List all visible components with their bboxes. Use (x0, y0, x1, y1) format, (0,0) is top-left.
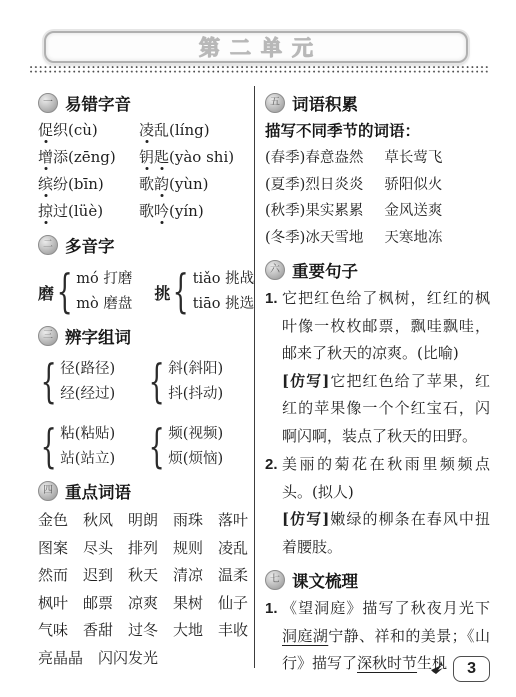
section-number-icon: 六 (265, 260, 285, 280)
word: 规则 (173, 535, 203, 563)
season-word-second: 骄阳似火 (384, 172, 442, 199)
pair-lines: 粘(粘贴)站(站立) (60, 422, 115, 472)
pinyin-item: 缤纷(bīn) (38, 172, 139, 199)
perforation-dotted-divider (30, 66, 490, 75)
season-label: (秋季) (265, 203, 305, 219)
character-pair-group: {径(路径)经(经过) (38, 357, 146, 407)
polyphone-options: tiǎo 挑战tiāo 挑选 (193, 267, 254, 317)
season-words-subtitle: 描写不同季节的词语： (265, 118, 490, 145)
character-pair-list: {径(路径)经(经过){斜(斜阳)抖(抖动){粘(粘贴)站(站立){频(视频)烦… (38, 357, 253, 472)
pinyin-rest: 乱(líng) (154, 121, 210, 139)
imitation-line: [仿写]嫩绿的柳条在春风中扭着腰肢。 (282, 506, 490, 561)
page-number-box: 3 (453, 656, 490, 682)
section-title: 辨字组词 (65, 324, 131, 348)
character-pair-group: {频(视频)烦(烦恼) (146, 422, 253, 472)
emphasized-char: 吟 (154, 203, 169, 220)
pinyin-rest: 过(lüè) (53, 202, 103, 220)
word: 金色 (38, 507, 68, 535)
section-number-icon: 五 (265, 93, 285, 113)
unit-banner-title: 第二单元 (189, 32, 323, 62)
pinyin-prefix: 歌 (139, 202, 154, 220)
pinyin-rest: 织(cù) (53, 121, 98, 139)
season-word-rows: (春季)春意盎然草长莺飞(夏季)烈日炎炎骄阳似火(秋季)果实累累金风送爽(冬季)… (265, 145, 490, 251)
season-word-first: (冬季)冰天雪地 (265, 225, 363, 252)
section-header: 五 词语积累 (265, 91, 490, 115)
season-label: (春季) (265, 150, 305, 166)
polyphone-options: mó 打磨mò 磨盘 (76, 267, 132, 317)
left-column: 一 易错字音 促织(cù)凌乱(líng)增添(zēng)钥匙(yào shi)… (38, 84, 253, 670)
brace-glyph: { (173, 271, 189, 312)
pinyin-item: 掠过(lüè) (38, 199, 139, 226)
season-word-first: (秋季)果实累累 (265, 198, 363, 225)
season-word-first: (春季)春意盎然 (265, 145, 363, 172)
section-distinguish-characters: 三 辨字组词 {径(路径)经(经过){斜(斜阳)抖(抖动){粘(粘贴)站(站立)… (38, 324, 253, 472)
pinyin-rest: (yín) (169, 202, 204, 220)
section-number-icon: 七 (265, 570, 285, 590)
word: 尽头 (83, 535, 113, 563)
pinyin-item: 增添(zēng) (38, 145, 139, 172)
emphasized-char: 促 (38, 122, 53, 139)
section-title: 重要句子 (292, 258, 358, 282)
imitation-label: [仿写] (282, 372, 329, 390)
polyphone-entry: 磨{mó 打磨mò 磨盘 (38, 267, 132, 317)
word: 凉爽 (128, 590, 158, 618)
sentence-item-list: 1.它把红色给了枫树，红红的枫叶像一枚枚邮票，飘哇飘哇，邮来了秋天的凉爽。(比喻… (265, 285, 490, 561)
word: 图案 (38, 535, 68, 563)
season-word: 春意盎然 (305, 150, 363, 166)
season-word-row: (夏季)烈日炎炎骄阳似火 (265, 172, 490, 199)
word: 温柔 (218, 562, 248, 590)
pinyin-rest: 纷(bīn) (53, 175, 104, 193)
page-content: 一 易错字音 促织(cù)凌乱(líng)增添(zēng)钥匙(yào shi)… (38, 84, 490, 670)
pair-line: 斜(斜阳) (168, 357, 223, 382)
section-polyphonic-characters: 二 多音字 磨{mó 打磨mò 磨盘挑{tiǎo 挑战tiāo 挑选 (38, 233, 253, 317)
imitation-label: [仿写] (282, 510, 329, 528)
polyphone-option: tiǎo 挑战 (193, 267, 254, 292)
page-number: 3 (467, 660, 476, 678)
season-word-second: 天寒地冻 (384, 225, 442, 252)
word-row: 然而迟到秋天清凉温柔 (38, 562, 248, 590)
word: 果树 (173, 590, 203, 618)
emphasized-char: 缤 (38, 176, 53, 193)
emphasized-char: 掠 (38, 203, 53, 220)
word: 雨珠 (173, 507, 203, 535)
section-title: 词语积累 (292, 91, 358, 115)
unit-banner: 第二单元 (44, 31, 468, 63)
imitation-line: [仿写]它把红色给了苹果，红红的苹果像一个个红宝石，闪啊闪啊，装点了秋天的田野。 (282, 368, 490, 451)
word: 大地 (173, 617, 203, 645)
pair-line: 烦(烦恼) (168, 447, 223, 472)
column-divider-line (254, 86, 255, 668)
section-easy-mispronounced-sounds: 一 易错字音 促织(cù)凌乱(líng)增添(zēng)钥匙(yào shi)… (38, 91, 253, 226)
word: 秋天 (128, 562, 158, 590)
pinyin-item: 促织(cù) (38, 118, 139, 145)
section-title: 易错字音 (65, 91, 131, 115)
word: 凌乱 (218, 535, 248, 563)
sentence-number: 1. (265, 285, 282, 450)
pinyin-item: 歌韵(yùn) (139, 172, 253, 199)
season-word: 冰天雪地 (305, 230, 363, 246)
emphasized-char: 凌 (139, 122, 154, 139)
pair-line: 频(视频) (168, 422, 223, 447)
brace-glyph: { (41, 426, 57, 467)
season-word-row: (冬季)冰天雪地天寒地冻 (265, 225, 490, 252)
pinyin-rest: (yùn) (169, 175, 209, 193)
season-word-row: (秋季)果实累累金风送爽 (265, 198, 490, 225)
season-word: 果实累累 (305, 203, 363, 219)
word: 闪闪发光 (98, 645, 158, 673)
word-row: 亮晶晶闪闪发光 (38, 645, 248, 673)
pinyin-item: 歌吟(yín) (139, 199, 253, 226)
word: 然而 (38, 562, 68, 590)
pinyin-rest: 添(zēng) (53, 148, 116, 166)
pair-lines: 径(路径)经(经过) (60, 357, 115, 407)
word: 丰收 (218, 617, 248, 645)
polyphone-character: 挑 (154, 281, 170, 304)
pair-line: 站(站立) (60, 447, 115, 472)
pair-line: 粘(粘贴) (60, 422, 115, 447)
section-title: 课文梳理 (292, 568, 358, 592)
season-word-second: 草长莺飞 (384, 145, 442, 172)
season-label: (夏季) (265, 177, 305, 193)
word: 过冬 (128, 617, 158, 645)
word-row: 气味香甜过冬大地丰收 (38, 617, 248, 645)
pinyin-rest: (yào shi) (169, 148, 234, 166)
polyphone-option: mó 打磨 (76, 267, 132, 292)
pinyin-item: 钥匙(yào shi) (139, 145, 253, 172)
word: 清凉 (173, 562, 203, 590)
pinyin-item-list: 促织(cù)凌乱(líng)增添(zēng)钥匙(yào shi)缤纷(bīn)… (38, 118, 253, 226)
season-word-second: 金风送爽 (384, 198, 442, 225)
section-number-icon: 二 (38, 235, 58, 255)
key-word-rows: 金色秋风明朗雨珠落叶图案尽头排列规则凌乱然而迟到秋天清凉温柔枫叶邮票凉爽果树仙子… (38, 507, 253, 672)
section-header: 三 辨字组词 (38, 324, 253, 348)
word-row: 金色秋风明朗雨珠落叶 (38, 507, 248, 535)
summary-number: 1. (265, 595, 282, 678)
section-header: 一 易错字音 (38, 91, 253, 115)
summary-underlined-text: 深秋时节 (357, 654, 417, 672)
sentence-body: 它把红色给了枫树，红红的枫叶像一枚枚邮票，飘哇飘哇，邮来了秋天的凉爽。(比喻)[… (282, 285, 490, 450)
brace-glyph: { (57, 271, 73, 312)
season-word-row: (春季)春意盎然草长莺飞 (265, 145, 490, 172)
sentence-text: 它把红色给了枫树，红红的枫叶像一枚枚邮票，飘哇飘哇，邮来了秋天的凉爽。(比喻) (282, 285, 490, 368)
word: 仙子 (218, 590, 248, 618)
word: 排列 (128, 535, 158, 563)
sentence-text: 美丽的菊花在秋雨里频频点头。(拟人) (282, 451, 490, 506)
word-row: 枫叶邮票凉爽果树仙子 (38, 590, 248, 618)
sentence-item: 1.它把红色给了枫树，红红的枫叶像一枚枚邮票，飘哇飘哇，邮来了秋天的凉爽。(比喻… (265, 285, 490, 450)
page-footer: 3 (430, 656, 490, 682)
character-pair-group: {粘(粘贴)站(站立) (38, 422, 146, 472)
section-title: 多音字 (65, 233, 115, 257)
pair-line: 径(路径) (60, 357, 115, 382)
section-key-words: 四 重点词语 金色秋风明朗雨珠落叶图案尽头排列规则凌乱然而迟到秋天清凉温柔枫叶邮… (38, 479, 253, 672)
sentence-number: 2. (265, 451, 282, 561)
pinyin-item: 凌乱(líng) (139, 118, 253, 145)
bird-icon (430, 660, 450, 678)
section-header: 六 重要句子 (265, 258, 490, 282)
sentence-body: 美丽的菊花在秋雨里频频点头。(拟人)[仿写]嫩绿的柳条在春风中扭着腰肢。 (282, 451, 490, 561)
emphasized-char: 韵 (154, 176, 169, 193)
emphasized-char: 匙 (154, 149, 169, 166)
polyphone-option: mò 磨盘 (76, 292, 132, 317)
section-important-sentences: 六 重要句子 1.它把红色给了枫树，红红的枫叶像一枚枚邮票，飘哇飘哇，邮来了秋天… (265, 258, 490, 561)
section-number-icon: 三 (38, 326, 58, 346)
section-header: 四 重点词语 (38, 479, 253, 503)
emphasized-char: 钥 (139, 149, 154, 166)
section-header: 二 多音字 (38, 233, 253, 257)
pair-lines: 频(视频)烦(烦恼) (168, 422, 223, 472)
word: 枫叶 (38, 590, 68, 618)
season-word: 烈日炎炎 (305, 177, 363, 193)
section-word-accumulation: 五 词语积累 描写不同季节的词语： (春季)春意盎然草长莺飞(夏季)烈日炎炎骄阳… (265, 91, 490, 251)
pair-line: 抖(抖动) (168, 382, 223, 407)
sentence-item: 2.美丽的菊花在秋雨里频频点头。(拟人)[仿写]嫩绿的柳条在春风中扭着腰肢。 (265, 451, 490, 561)
word: 落叶 (218, 507, 248, 535)
polyphone-option: tiāo 挑选 (193, 292, 254, 317)
season-word-first: (夏季)烈日炎炎 (265, 172, 363, 199)
pair-lines: 斜(斜阳)抖(抖动) (168, 357, 223, 407)
word: 香甜 (83, 617, 113, 645)
brace-glyph: { (149, 426, 165, 467)
section-number-icon: 四 (38, 481, 58, 501)
brace-glyph: { (41, 361, 57, 402)
polyphone-character: 磨 (38, 281, 54, 304)
season-label: (冬季) (265, 230, 305, 246)
word: 气味 (38, 617, 68, 645)
brace-glyph: { (149, 361, 165, 402)
word: 亮晶晶 (38, 645, 83, 673)
summary-text: 《望洞庭》描写了秋夜月光下 (282, 599, 490, 617)
section-header: 七 课文梳理 (265, 568, 490, 592)
emphasized-char: 增 (38, 149, 53, 166)
section-title: 重点词语 (65, 479, 131, 503)
pair-line: 经(经过) (60, 382, 115, 407)
word: 邮票 (83, 590, 113, 618)
summary-underlined-text: 洞庭湖 (282, 627, 328, 645)
word: 秋风 (83, 507, 113, 535)
polyphone-entry-list: 磨{mó 打磨mò 磨盘挑{tiǎo 挑战tiāo 挑选 (38, 267, 253, 317)
word-row: 图案尽头排列规则凌乱 (38, 535, 248, 563)
section-number-icon: 一 (38, 93, 58, 113)
word: 迟到 (83, 562, 113, 590)
character-pair-group: {斜(斜阳)抖(抖动) (146, 357, 253, 407)
word: 明朗 (128, 507, 158, 535)
right-column: 五 词语积累 描写不同季节的词语： (春季)春意盎然草长莺飞(夏季)烈日炎炎骄阳… (257, 84, 490, 670)
polyphone-entry: 挑{tiǎo 挑战tiāo 挑选 (154, 267, 254, 317)
pinyin-prefix: 歌 (139, 175, 154, 193)
